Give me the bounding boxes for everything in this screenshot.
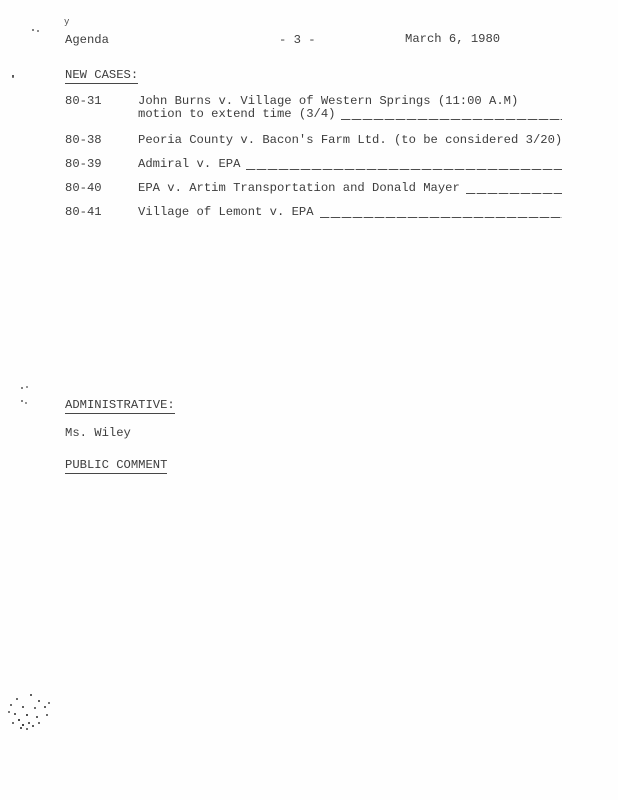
administrative-name: Ms. Wiley: [65, 427, 131, 440]
case-number: 80-41: [65, 206, 138, 219]
typed-blank-line: [246, 158, 562, 171]
case-row: 80-39 Admiral v. EPA: [65, 158, 562, 171]
scanned-agenda-page: y Agenda - 3 - March 6, 1980 NEW CASES: …: [0, 0, 618, 800]
case-title: Peoria County v. Bacon's Farm Ltd. (to b…: [138, 134, 562, 147]
case-body: Admiral v. EPA: [138, 158, 562, 171]
page-number: - 3 -: [279, 34, 316, 47]
document-title: Agenda: [65, 34, 109, 47]
case-number: 80-40: [65, 182, 138, 195]
scan-artifact-stray-glyph: y: [64, 18, 69, 27]
typed-blank-line: [320, 206, 562, 219]
section-heading-new-cases: NEW CASES:: [65, 69, 138, 84]
case-title: EPA v. Artim Transportation and Donald M…: [138, 182, 460, 195]
case-row: 80-31 John Burns v. Village of Western S…: [65, 95, 562, 121]
section-heading-public-comment: PUBLIC COMMENT: [65, 459, 167, 474]
case-body: John Burns v. Village of Western Springs…: [138, 95, 562, 121]
scan-artifact-dots: [32, 29, 34, 31]
typed-blank-line: [466, 182, 562, 195]
scan-artifact-smudge: [8, 692, 10, 694]
case-body: Peoria County v. Bacon's Farm Ltd. (to b…: [138, 134, 562, 147]
typed-blank-line: [341, 108, 562, 121]
case-title: Admiral v. EPA: [138, 158, 240, 171]
case-title: Village of Lemont v. EPA: [138, 206, 314, 219]
scan-artifact-comma: [12, 75, 14, 78]
case-note: motion to extend time (3/4): [138, 108, 335, 121]
case-number: 80-38: [65, 134, 138, 147]
case-row: 80-40 EPA v. Artim Transportation and Do…: [65, 182, 562, 195]
case-body: EPA v. Artim Transportation and Donald M…: [138, 182, 562, 195]
case-row: 80-38 Peoria County v. Bacon's Farm Ltd.…: [65, 134, 562, 147]
case-number: 80-39: [65, 158, 138, 171]
scan-artifact-dots: [21, 400, 23, 402]
section-heading-administrative: ADMINISTRATIVE:: [65, 399, 175, 414]
document-date: March 6, 1980: [405, 33, 500, 46]
case-row: 80-41 Village of Lemont v. EPA: [65, 206, 562, 219]
case-number: 80-31: [65, 95, 138, 108]
case-body: Village of Lemont v. EPA: [138, 206, 562, 219]
scan-artifact-dots: [21, 387, 23, 389]
